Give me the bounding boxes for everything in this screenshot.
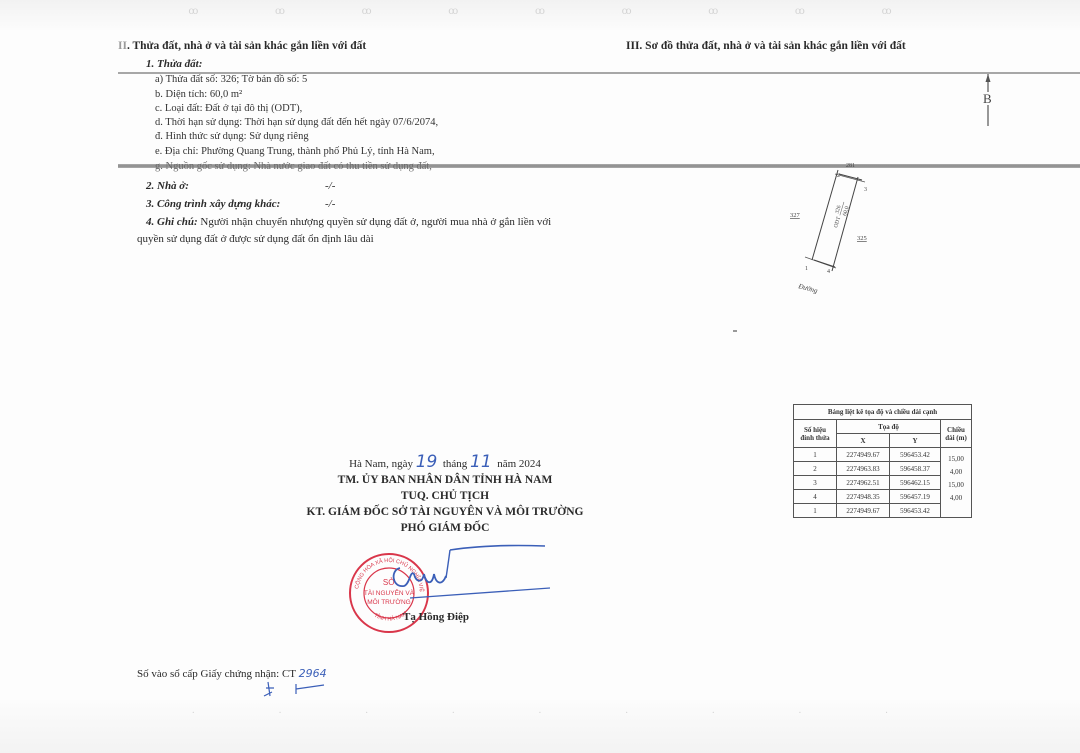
cell-id: 1 — [794, 448, 837, 462]
cell-id: 3 — [794, 476, 837, 490]
road-label: Đường — [797, 282, 819, 295]
length-value: 4,00 — [944, 494, 968, 502]
section-ii-heading: II. Thửa đất, nhà ở và tài sản khác gắn … — [118, 40, 366, 52]
table-row: 1 2274949.67 596453.42 15,00 4,00 15,00 … — [794, 448, 972, 462]
road-label-text: Đường — [797, 282, 819, 295]
header-y: Y — [890, 434, 941, 448]
date-month-label: tháng — [443, 458, 467, 470]
heading-text: . Thửa đất, nhà ở và tài sản khác gắn li… — [127, 40, 366, 52]
other-works-title: 3. Công trình xây dựng khác: — [146, 198, 280, 210]
org-line-4: PHÓ GIÁM ĐỐC — [290, 520, 600, 536]
cell-x: 2274949.67 — [837, 448, 890, 462]
signature-block: Hà Nam, ngày 19 tháng 11 năm 2024 TM. ỦY… — [290, 452, 600, 536]
date-place: Hà Nam, ngày — [349, 458, 413, 470]
vertex-3-label: 3 — [864, 187, 867, 193]
vertex-1-label: 1 — [805, 266, 808, 272]
signer-name: Tạ Hồng Điệp — [403, 611, 469, 623]
cell-y: 596457.19 — [890, 490, 941, 504]
heading-prefix: II — [118, 40, 127, 52]
length-value: 15,00 — [944, 481, 968, 489]
cell-y: 596462.15 — [890, 476, 941, 490]
parcel-line: c. Loại đất: Đất ở tại đô thị (ODT), — [155, 103, 302, 114]
cell-id: 4 — [794, 490, 837, 504]
parcel-line: g. Nguồn gốc sử dụng: Nhà nước giao đất … — [155, 161, 432, 172]
parcel-label: ODT 326 60,0 — [830, 200, 851, 230]
north-label: B — [983, 91, 992, 107]
cell-x: 2274949.67 — [837, 504, 890, 518]
neighbor-left-label: 327 — [790, 212, 801, 219]
cell-y: 596458.37 — [890, 462, 941, 476]
note-title: 4. Ghi chú: — [146, 216, 198, 228]
parcel-sketch: 281 2 3 1 4 327 325 ODT 326 60,0 Đường — [780, 160, 890, 300]
vertex-4-label: 4 — [827, 269, 830, 275]
header-coord: Tọa độ — [837, 420, 941, 434]
handwritten-initials — [262, 680, 332, 700]
land-parcel-title: 1. Thửa đất: — [146, 58, 202, 70]
issue-date: Hà Nam, ngày 19 tháng 11 năm 2024 — [290, 452, 600, 472]
cell-x: 2274963.83 — [837, 462, 890, 476]
scan-dot — [733, 330, 737, 332]
cell-id: 2 — [794, 462, 837, 476]
note-line1: 4. Ghi chú: Người nhận chuyển nhượng quy… — [146, 216, 551, 228]
cell-x: 2274948.35 — [837, 490, 890, 504]
org-line-2: TUQ. CHỦ TỊCH — [290, 488, 600, 504]
date-year: năm 2024 — [497, 458, 541, 470]
cell-id: 1 — [794, 504, 837, 518]
parcel-area-label: 60,0 — [842, 205, 851, 216]
parcel-type-label: ODT — [833, 215, 842, 228]
date-month: 11 — [470, 452, 492, 472]
handwritten-signature — [380, 540, 550, 620]
certificate-page: ꝏꝏꝏꝏꝏꝏꝏꝏꝏ ········· II. Thửa đất, nhà ở … — [0, 0, 1080, 753]
sketch-top-label: 281 — [846, 163, 855, 169]
registration-value: 2964 — [299, 667, 327, 680]
org-line-1: TM. ỦY BAN NHÂN DÂN TỈNH HÀ NAM — [290, 472, 600, 488]
registration-label: Số vào sổ cấp Giấy chứng nhận: CT — [137, 668, 296, 680]
note-text: Người nhận chuyển nhượng quyền sử dụng đ… — [198, 216, 552, 228]
bleed-through-pattern-bottom: ········· — [0, 708, 1080, 719]
registration-number: Số vào sổ cấp Giấy chứng nhận: CT 2964 — [137, 667, 327, 680]
parcel-line: e. Địa chỉ: Phường Quang Trung, thành ph… — [155, 146, 435, 157]
neighbor-right-label: 325 — [857, 235, 867, 242]
note-line2: quyền sử dụng đất ở được sử dụng đất ổn … — [137, 233, 374, 245]
header-vertex: Số hiệu đỉnh thửa — [794, 420, 837, 448]
length-value: 15,00 — [944, 455, 968, 463]
other-works-value: -/- — [325, 198, 335, 210]
cell-x: 2274962.51 — [837, 476, 890, 490]
date-day: 19 — [416, 452, 438, 472]
length-value: 4,00 — [944, 468, 968, 476]
vertex-2-label: 2 — [837, 173, 840, 179]
house-value: -/- — [325, 180, 335, 192]
org-line-3: KT. GIÁM ĐỐC SỞ TÀI NGUYÊN VÀ MÔI TRƯỜNG — [290, 504, 600, 520]
parcel-line: d. Thời hạn sử dụng: Thời hạn sử dụng đấ… — [155, 117, 438, 128]
table-caption: Bảng liệt kê tọa độ và chiều dài cạnh — [794, 405, 972, 420]
house-title: 2. Nhà ở: — [146, 180, 189, 192]
parcel-line: b. Diện tích: 60,0 m² — [155, 89, 242, 100]
header-length: Chiều dài (m) — [941, 420, 972, 448]
lengths-cell: 15,00 4,00 15,00 4,00 — [941, 448, 972, 518]
parcel-line: a) Thửa đất số: 326; Tờ bản đồ số: 5 — [155, 74, 307, 85]
section-iii-heading: III. Sơ đồ thửa đất, nhà ở và tài sản kh… — [626, 40, 906, 52]
bleed-through-pattern-top: ꝏꝏꝏꝏꝏꝏꝏꝏꝏ — [0, 6, 1080, 17]
cell-y: 596453.42 — [890, 504, 941, 518]
cell-y: 596453.42 — [890, 448, 941, 462]
coordinate-table: Bảng liệt kê tọa độ và chiều dài cạnh Số… — [793, 404, 972, 518]
parcel-line: đ. Hình thức sử dụng: Sử dụng riêng — [155, 131, 309, 142]
header-x: X — [837, 434, 890, 448]
